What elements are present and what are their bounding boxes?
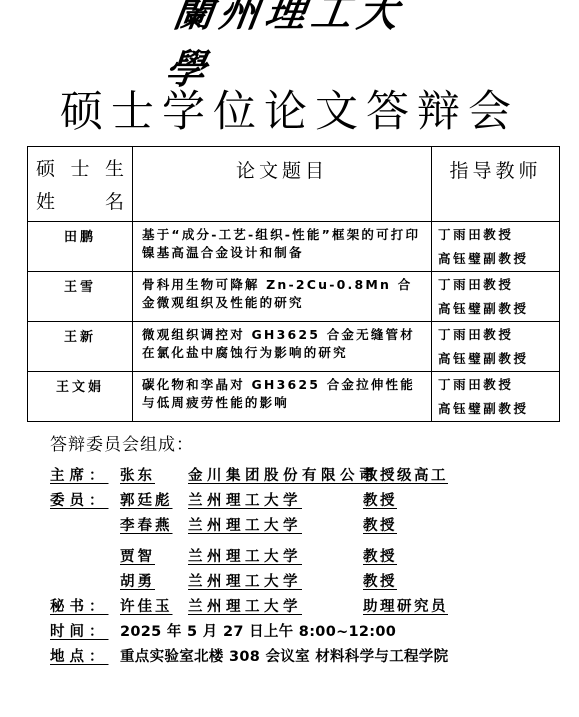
student-name: 王文娟 xyxy=(28,372,133,422)
header-char: 姓 xyxy=(36,186,55,219)
member-title: 教授 xyxy=(363,489,397,510)
committee-heading: 答辩委员会组成： xyxy=(50,430,570,464)
thesis-title: 微观组织调控对 GH3625 合金无缝管材在氯化盐中腐蚀行为影响的研究 xyxy=(133,322,432,372)
committee-member: 委员： 郭廷彪 兰州理工大学 教授 xyxy=(50,489,570,514)
advisor-name: 高钰璧副教授 xyxy=(438,397,559,421)
thesis-table: 硕 士 生 姓 名 论文题目 指导教师 田鹏 基于“成分-工艺-组织-性能”框架… xyxy=(27,146,560,422)
advisor-name: 丁雨田教授 xyxy=(438,223,559,247)
advisor-name: 高钰璧副教授 xyxy=(438,247,559,271)
member-title: 教授 xyxy=(363,514,397,535)
thesis-title: 骨科用生物可降解 Zn-2Cu-0.8Mn 合金微观组织及性能的研究 xyxy=(133,272,432,322)
advisors: 丁雨田教授 高钰璧副教授 xyxy=(432,222,560,272)
thesis-title: 基于“成分-工艺-组织-性能”框架的可打印镍基高温合金设计和制备 xyxy=(133,222,432,272)
member-role: 主席： xyxy=(50,464,109,485)
table-row: 王新 微观组织调控对 GH3625 合金无缝管材在氯化盐中腐蚀行为影响的研究 丁… xyxy=(28,322,560,372)
table-row: 田鹏 基于“成分-工艺-组织-性能”框架的可打印镍基高温合金设计和制备 丁雨田教… xyxy=(28,222,560,272)
member-org: 兰州理工大学 xyxy=(188,570,302,591)
member-org: 兰州理工大学 xyxy=(188,595,302,616)
student-name: 王新 xyxy=(28,322,133,372)
header-char: 硕 xyxy=(36,153,55,186)
member-title: 教授 xyxy=(363,545,397,566)
committee-member-chair: 主席： 张东 金川集团股份有限公司 教授级高工 xyxy=(50,464,570,489)
advisors: 丁雨田教授 高钰璧副教授 xyxy=(432,272,560,322)
table-row: 王文娟 碳化物和孪晶对 GH3625 合金拉伸性能与低周疲劳性能的影响 丁雨田教… xyxy=(28,372,560,422)
table-row: 王雪 骨科用生物可降解 Zn-2Cu-0.8Mn 合金微观组织及性能的研究 丁雨… xyxy=(28,272,560,322)
committee-member: 胡勇 兰州理工大学 教授 xyxy=(50,570,570,595)
university-logo: 蘭州理工大學 xyxy=(166,8,414,68)
location-label: 地点： xyxy=(50,645,109,666)
thesis-title: 碳化物和孪晶对 GH3625 合金拉伸性能与低周疲劳性能的影响 xyxy=(133,372,432,422)
member-name: 张东 xyxy=(120,464,155,485)
header-student-name: 硕 士 生 姓 名 xyxy=(28,147,133,222)
student-name: 田鹏 xyxy=(28,222,133,272)
page-title: 硕士学位论文答辩会 xyxy=(0,84,579,140)
header-char: 名 xyxy=(105,186,124,219)
member-name: 李春燕 xyxy=(120,514,173,535)
header-char: 士 xyxy=(70,153,89,186)
advisors: 丁雨田教授 高钰璧副教授 xyxy=(432,372,560,422)
header-advisor: 指导教师 xyxy=(432,147,560,222)
member-title: 教授 xyxy=(363,570,397,591)
member-name: 胡勇 xyxy=(120,570,155,591)
defense-location: 地点： 重点实验室北楼 308 会议室 材料科学与工程学院 xyxy=(50,645,570,670)
committee-secretary: 秘书： 许佳玉 兰州理工大学 助理研究员 xyxy=(50,595,570,620)
header-thesis-title: 论文题目 xyxy=(133,147,432,222)
member-org: 金川集团股份有限公司 xyxy=(188,464,378,485)
time-value: 2025 年 5 月 27 日上午 8:00~12:00 xyxy=(120,620,396,641)
committee-member: 李春燕 兰州理工大学 教授 xyxy=(50,514,570,545)
advisor-name: 丁雨田教授 xyxy=(438,273,559,297)
member-name: 郭廷彪 xyxy=(120,489,173,510)
advisor-name: 丁雨田教授 xyxy=(438,373,559,397)
advisor-name: 高钰璧副教授 xyxy=(438,347,559,371)
table-header-row: 硕 士 生 姓 名 论文题目 指导教师 xyxy=(28,147,560,222)
member-title: 助理研究员 xyxy=(363,595,448,616)
member-org: 兰州理工大学 xyxy=(188,545,302,566)
member-role: 委员： xyxy=(50,489,109,510)
member-name: 许佳玉 xyxy=(120,595,173,616)
advisors: 丁雨田教授 高钰璧副教授 xyxy=(432,322,560,372)
location-value: 重点实验室北楼 308 会议室 材料科学与工程学院 xyxy=(120,645,448,666)
member-org: 兰州理工大学 xyxy=(188,489,302,510)
member-org: 兰州理工大学 xyxy=(188,514,302,535)
advisor-name: 高钰璧副教授 xyxy=(438,297,559,321)
committee-member: 贾智 兰州理工大学 教授 xyxy=(50,545,570,570)
committee-section: 答辩委员会组成： 主席： 张东 金川集团股份有限公司 教授级高工 委员： 郭廷彪… xyxy=(50,430,570,670)
time-label: 时间： xyxy=(50,620,109,641)
header-char: 生 xyxy=(105,153,124,186)
member-role: 秘书： xyxy=(50,595,109,616)
member-title: 教授级高工 xyxy=(363,464,448,485)
student-name: 王雪 xyxy=(28,272,133,322)
member-name: 贾智 xyxy=(120,545,155,566)
advisor-name: 丁雨田教授 xyxy=(438,323,559,347)
defense-time: 时间： 2025 年 5 月 27 日上午 8:00~12:00 xyxy=(50,620,570,645)
